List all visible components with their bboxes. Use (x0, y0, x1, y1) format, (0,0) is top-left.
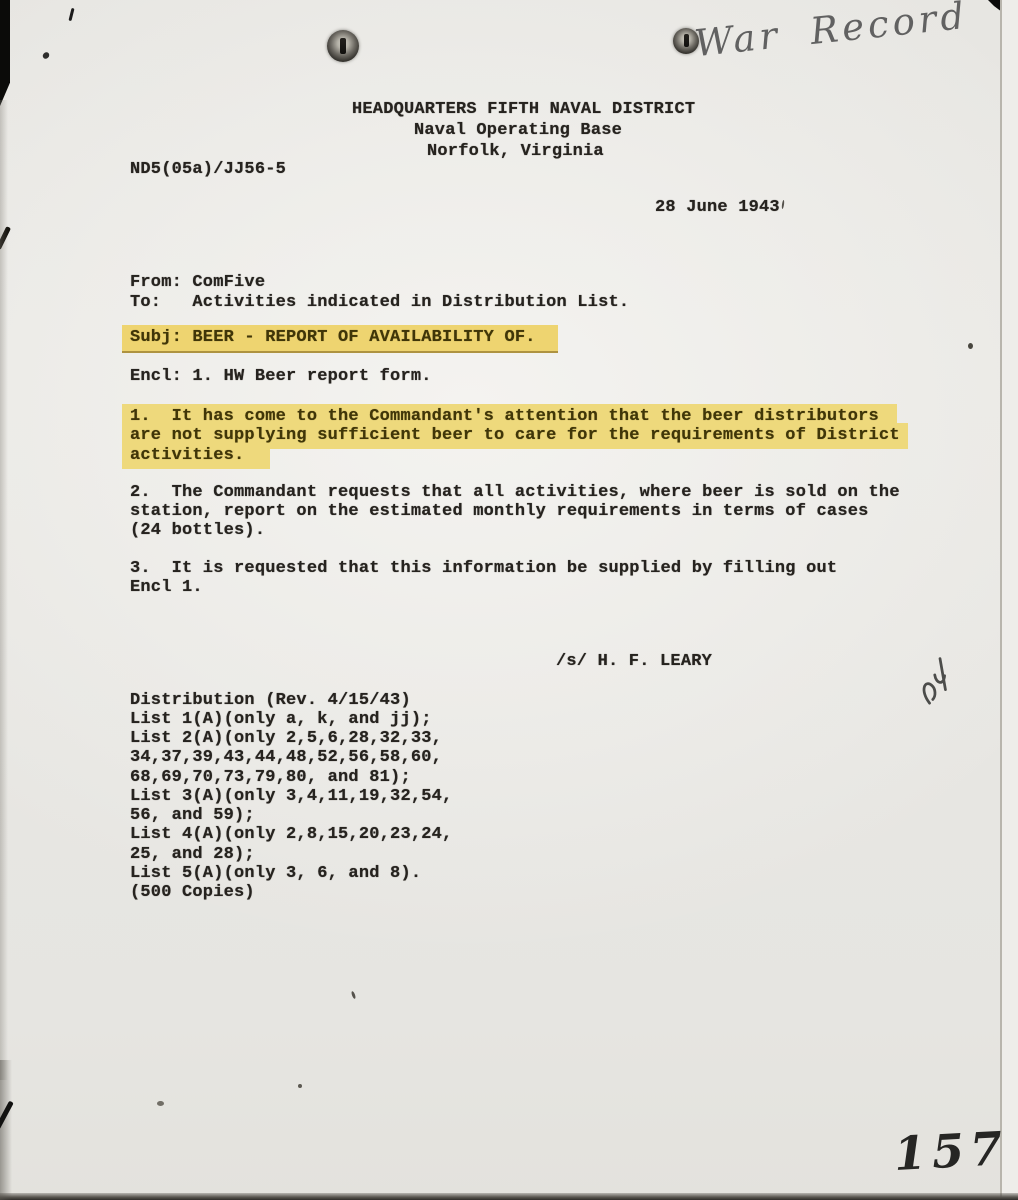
letterhead-line-2: Naval Operating Base (414, 121, 622, 140)
paragraph-1-highlight: activities. (122, 443, 270, 469)
signature-line: /s/ H. F. LEARY (556, 652, 712, 671)
distribution-line-9: 25, and 28); (130, 845, 255, 864)
pencil-scribble-icon (905, 644, 967, 712)
distribution-line-4: 34,37,39,43,44,48,52,56,58,60, (130, 748, 442, 767)
from-line: From: ComFive (130, 273, 265, 292)
paragraph-3-line-2: Encl 1. (130, 578, 203, 597)
distribution-line-8: List 4(A)(only 2,8,15,20,23,24, (130, 825, 452, 844)
scan-speck (781, 200, 784, 209)
handwritten-war-record-annotation: War Record (693, 0, 970, 65)
subject-highlight: Subj: BEER - REPORT OF AVAILABILITY OF. (122, 325, 558, 353)
paragraph-2-line-1: 2. The Commandant requests that all acti… (130, 483, 900, 502)
distribution-line-1: Distribution (Rev. 4/15/43) (130, 691, 411, 710)
scanned-memo-page: War Record 157 HEADQUARTERS FIFTH NAVAL … (0, 0, 1018, 1200)
fastener-slit (684, 34, 689, 47)
scan-edge-left-shade (0, 100, 8, 1080)
scan-page-edge-right (1000, 0, 1018, 1200)
distribution-line-3: List 2(A)(only 2,5,6,28,32,33, (130, 729, 442, 748)
date-line: 28 June 1943 (655, 198, 780, 217)
scan-speck (157, 1101, 164, 1106)
scan-edge-bottom-left-shade (0, 1060, 12, 1200)
distribution-line-7: 56, and 59); (130, 806, 255, 825)
scan-edge-bottom (0, 1193, 1018, 1200)
distribution-line-5: 68,69,70,73,79,80, and 81); (130, 768, 411, 787)
letterhead-line-3: Norfolk, Virginia (427, 142, 604, 161)
distribution-line-2: List 1(A)(only a, k, and jj); (130, 710, 432, 729)
handwritten-page-number: 157 (893, 1121, 1010, 1181)
fastener-slit (340, 38, 346, 54)
file-reference: ND5(05a)/JJ56-5 (130, 160, 286, 179)
to-line: To: Activities indicated in Distribution… (130, 293, 629, 312)
paragraph-3-line-1: 3. It is requested that this information… (130, 559, 837, 578)
enclosure-line: Encl: 1. HW Beer report form. (130, 367, 432, 386)
paragraph-2-line-3: (24 bottles). (130, 521, 265, 540)
paragraph-1-line-3: activities. (122, 443, 270, 469)
fastener-icon (327, 30, 359, 62)
scan-edge-top-left (0, 0, 10, 106)
distribution-line-10: List 5(A)(only 3, 6, and 8). (130, 864, 421, 883)
scan-speck (41, 51, 50, 60)
distribution-line-11: (500 Copies) (130, 883, 255, 902)
scan-speck (298, 1084, 302, 1088)
subject-line: Subj: BEER - REPORT OF AVAILABILITY OF. (122, 325, 558, 353)
scan-speck (968, 343, 973, 349)
paragraph-2-line-2: station, report on the estimated monthly… (130, 502, 869, 521)
scan-speck (351, 991, 357, 1000)
letterhead-line-1: HEADQUARTERS FIFTH NAVAL DISTRICT (352, 100, 695, 119)
distribution-line-6: List 3(A)(only 3,4,11,19,32,54, (130, 787, 452, 806)
scan-speck (68, 8, 74, 21)
